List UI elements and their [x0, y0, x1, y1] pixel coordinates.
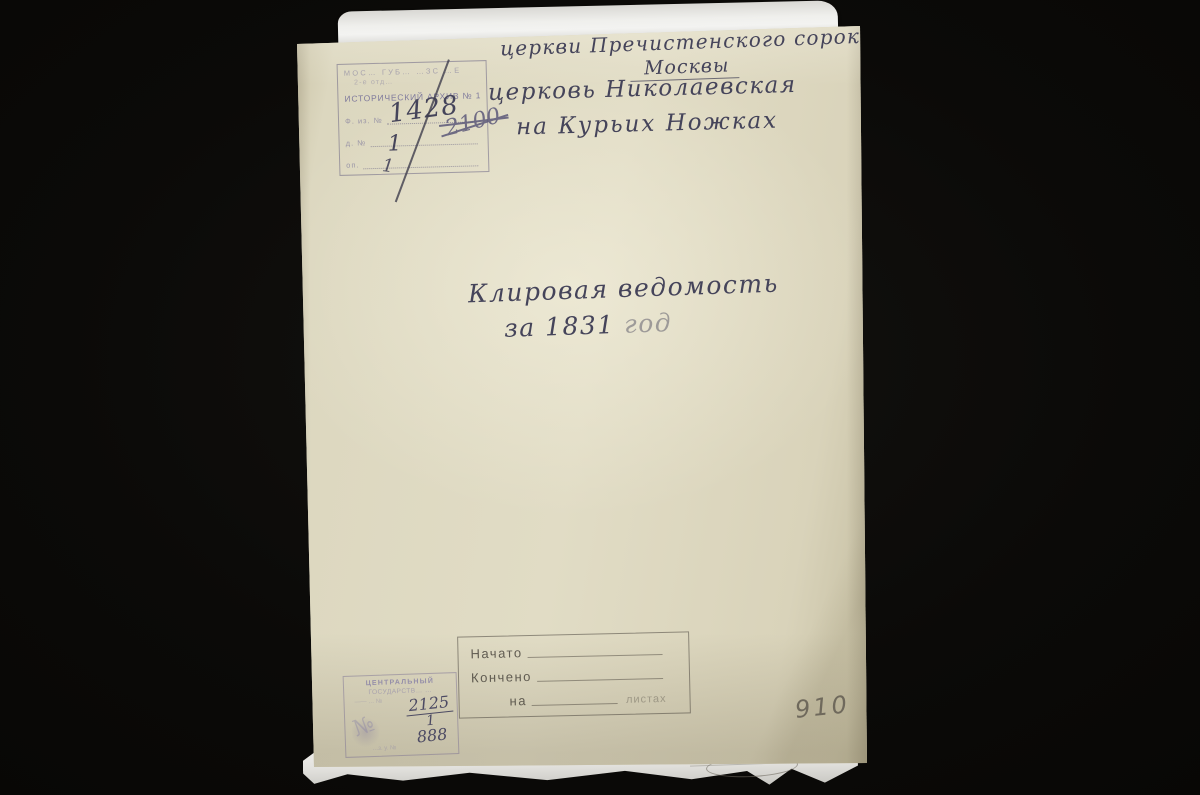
pencil-folio-number: 910: [794, 690, 851, 724]
stamp-top-opis-field: оп.: [346, 157, 482, 170]
finished-blank-line: [537, 668, 663, 682]
stamp-top-row2: 2-е отд…: [354, 76, 480, 86]
stamp-bottom-row4: …з. у. №: [372, 745, 396, 752]
opis-field-line: [363, 157, 478, 169]
sheets-label: листах: [626, 693, 667, 706]
sheets-blank-line: [532, 693, 618, 706]
opis-field-label: оп.: [346, 160, 360, 169]
sheets-row-indent: [472, 708, 510, 709]
handwritten-opis-number: 1: [387, 131, 402, 156]
started-row: Начато: [470, 642, 676, 662]
document-title-line2: за 1831 год: [504, 308, 673, 343]
finished-row: Кончено: [471, 666, 677, 686]
document-cover: церкви Пречистенского сорока Москвы церк…: [290, 18, 876, 768]
document-title-line1: Клировая ведомость: [468, 269, 780, 309]
archive-stamp-bottom: ЦЕНТРАЛЬНЫЙ ГОСУДАРСТВ… … —— … № № 2125 …: [343, 672, 460, 758]
handwritten-delo-number: 1: [381, 155, 395, 177]
bottom-delo-number: 888: [408, 726, 456, 748]
title-year-word: год: [624, 308, 673, 339]
fond-field-label: Ф. из. №: [345, 116, 383, 126]
started-blank-line: [527, 644, 662, 658]
header-line-church-location: на Курьих Ножках: [516, 108, 779, 141]
on-label: на: [509, 693, 527, 708]
title-year: за 1831: [504, 310, 625, 343]
sheets-row: на листах: [471, 690, 677, 710]
started-label: Начато: [470, 645, 522, 661]
handwritten-archive-codes: 2125 1 888: [405, 694, 457, 748]
register-box-stamp: Начато Кончено на листах: [457, 631, 691, 718]
header-line-church-name: церковь Николаевская: [488, 72, 797, 106]
archival-photo: церкви Пречистенского сорока Москвы церк…: [0, 0, 1200, 795]
delo-field-label: д. №: [346, 138, 367, 148]
finished-label: Кончено: [471, 669, 532, 685]
